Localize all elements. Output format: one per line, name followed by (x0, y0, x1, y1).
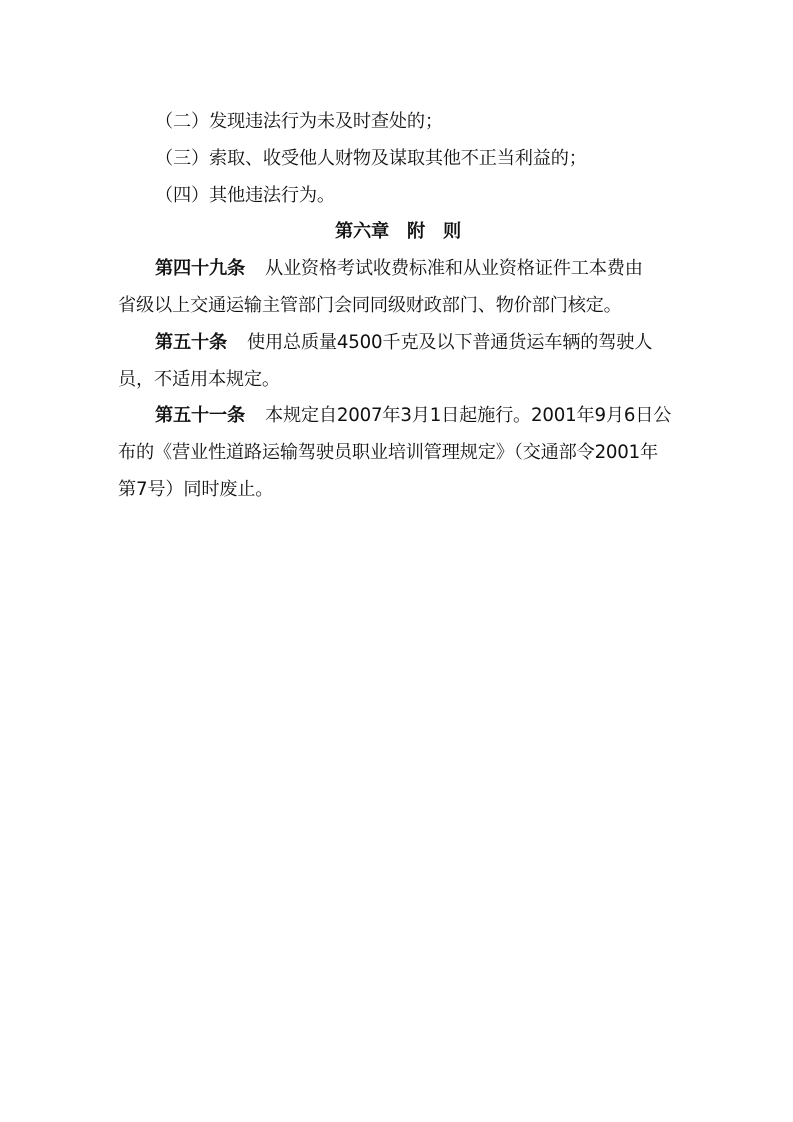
article-49: 第四十九条从业资格考试收费标准和从业资格证件工本费由 (118, 251, 678, 288)
article-text: 使用总质量4500千克及以下普通货运车辆的驾驶人 (247, 332, 652, 353)
article-text-continued: 布的《营业性道路运输驾驶员职业培训管理规定》（交通部令2001年 (118, 435, 678, 472)
list-item: （二）发现违法行为未及时查处的； (118, 104, 678, 141)
article-text-continued: 第7号）同时废止。 (118, 472, 678, 509)
list-item: （四）其他违法行为。 (118, 178, 678, 215)
list-item: （三）索取、收受他人财物及谋取其他不正当利益的； (118, 141, 678, 178)
chapter-title: 第六章 附 则 (118, 214, 678, 251)
article-50: 第五十条使用总质量4500千克及以下普通货运车辆的驾驶人 (118, 325, 678, 362)
article-51: 第五十一条本规定自2007年3月1日起施行。2001年9月6日公 (118, 398, 678, 435)
article-text: 从业资格考试收费标准和从业资格证件工本费由 (265, 258, 643, 279)
article-text-continued: 省级以上交通运输主管部门会同同级财政部门、物价部门核定。 (118, 288, 678, 325)
document-page: （二）发现违法行为未及时查处的； （三）索取、收受他人财物及谋取其他不正当利益的… (118, 104, 678, 509)
article-number: 第五十条 (155, 332, 227, 353)
article-text: 本规定自2007年3月1日起施行。2001年9月6日公 (265, 405, 671, 426)
article-number: 第四十九条 (155, 258, 245, 279)
article-text-continued: 员，不适用本规定。 (118, 362, 678, 399)
article-number: 第五十一条 (155, 405, 245, 426)
